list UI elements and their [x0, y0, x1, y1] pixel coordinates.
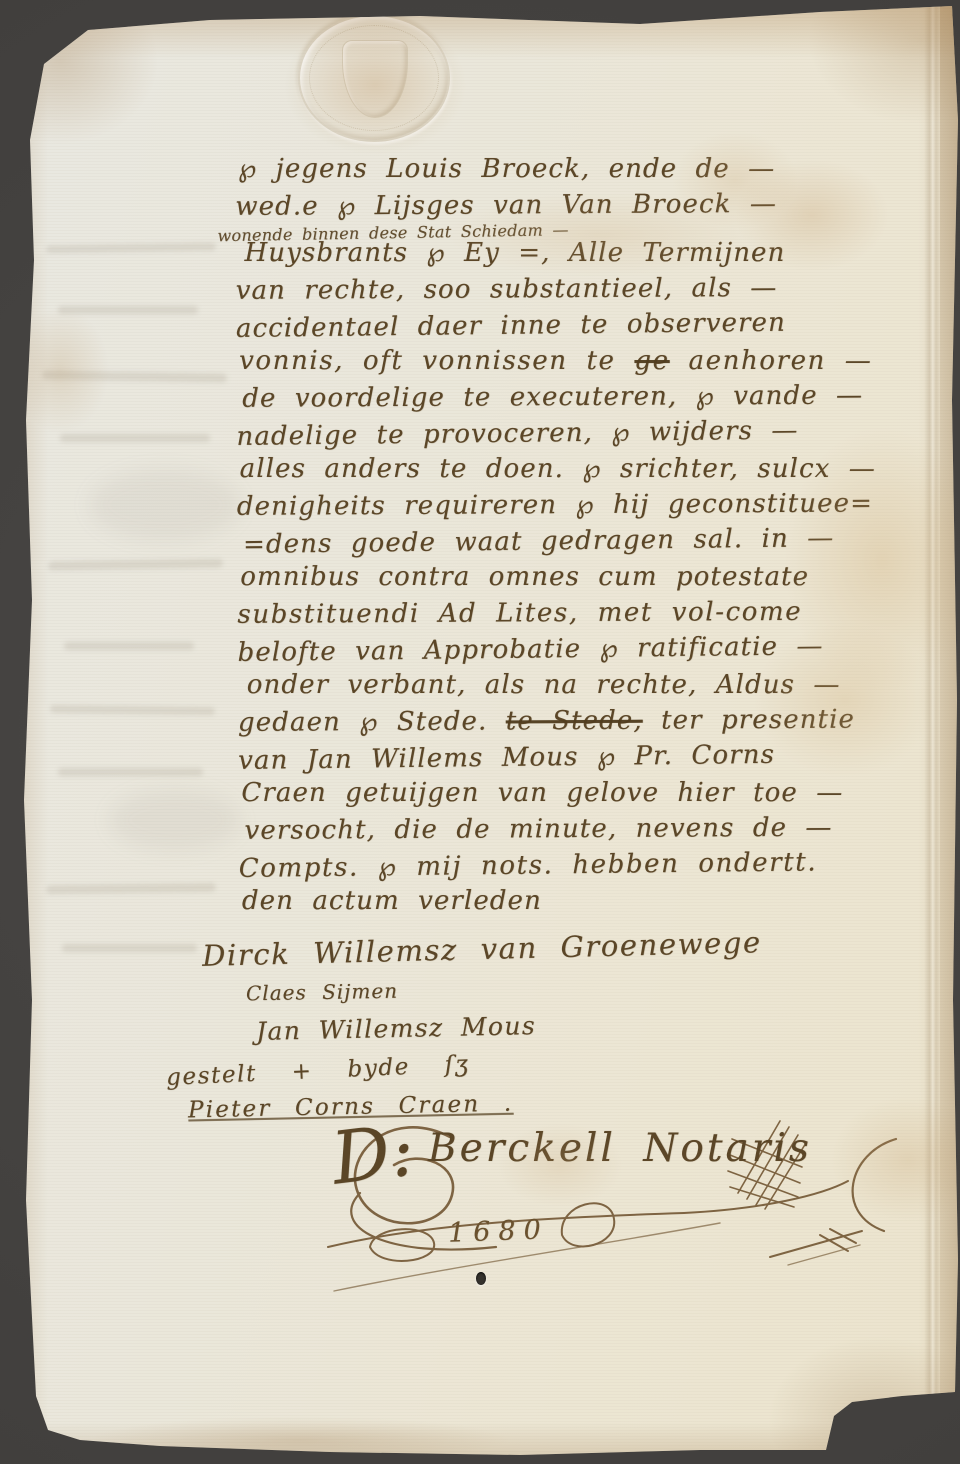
manuscript-line: Craen getuijgen van gelove hier toe — [241, 780, 931, 806]
manuscript-text: belofte van Approbatie ℘ ratificatie — [237, 631, 823, 668]
manuscript-text: versocht, die de minute, nevens de — [244, 813, 832, 846]
seal-ring [298, 14, 450, 142]
manuscript-line: Compts. ℘ mij nots. hebben ondertt. [239, 848, 929, 882]
manuscript-line: ℘ jegens Louis Broeck, ende de — [238, 156, 928, 182]
manuscript-text: de voordelige te executeren, ℘ vande — [242, 381, 863, 414]
manuscript-text: aenhoren — [670, 346, 873, 376]
notary-initial: D: [328, 1113, 418, 1194]
manuscript-text: onder verbant, als na rechte, Aldus — [247, 670, 841, 700]
manuscript-text: nadelige te provoceren, ℘ wijders — [236, 416, 798, 452]
manuscript-text: substituendi Ad Lites, met vol-come [237, 597, 802, 630]
manuscript-text: Craen getuijgen van gelove hier toe — [241, 778, 843, 808]
manuscript-text: van Jan Willems Mous ℘ Pr. Corns [238, 740, 775, 776]
manuscript-line: van Jan Willems Mous ℘ Pr. Corns [238, 740, 928, 774]
signature-dirck-willemsz-van-groenewege: Dirck Willemsz van Groenewege [202, 925, 762, 973]
notary-name: Berckell Notaris [428, 1126, 812, 1171]
shield-icon [342, 40, 408, 118]
manuscript-line: Huysbrants ℘ Ey =, Alle Termijnen [244, 240, 928, 266]
mark-note-gestelt-byde: gestelt + byde ſʒ [166, 1051, 470, 1091]
manuscript-text: omnibus contra omnes cum potestate [240, 562, 809, 592]
manuscript-text: vonnis, oft vonnissen te [239, 346, 634, 376]
manuscript-line: nadelige te provoceren, ℘ wijders — [236, 416, 926, 450]
manuscript-line: den actum verleden [242, 888, 932, 914]
manuscript-text: denigheits requireren ℘ hij geconstituee… [237, 488, 873, 521]
year-1680: 1680 [447, 1214, 549, 1248]
notary-signature: D:Berckell Notaris [332, 1118, 812, 1190]
manuscript-line: onder verbant, als na rechte, Aldus — [247, 672, 931, 698]
manuscript-line: gedaen ℘ Stede. te Stede, ter presentie [238, 706, 928, 736]
manuscript-line: =dens goede waat gedragen sal. in — [243, 524, 927, 558]
folded-edge-strip [940, 0, 960, 1464]
manuscript-text: ter presentie [643, 705, 855, 736]
manuscript-text: den actum verleden [242, 886, 542, 916]
paper-sheet: ℘ jegens Louis Broeck, ende de —wed.e ℘ … [0, 0, 960, 1464]
manuscript-line: alles anders te doen. ℘ srichter, sulcx … [240, 456, 930, 482]
signature-jan-willemsz-mous: Jan Willemsz Mous [256, 1011, 537, 1046]
paper-hole [476, 1272, 486, 1285]
manuscript-line: omnibus contra omnes cum potestate [240, 564, 930, 590]
struck-text: te Stede, [506, 706, 643, 737]
manuscript-text-block: ℘ jegens Louis Broeck, ende de —wed.e ℘ … [235, 154, 929, 926]
manuscript-line: versocht, die de minute, nevens de — [244, 814, 928, 844]
manuscript-text: accidentael daer inne te observeren [236, 308, 786, 344]
manuscript-text: van rechte, soo substantieel, als — [236, 273, 778, 306]
manuscript-line: wed.e ℘ Lijsges van Van Broeck — [235, 190, 925, 220]
manuscript-line: de voordelige te executeren, ℘ vande — [242, 382, 926, 412]
manuscript-line: denigheits requireren ℘ hij geconstituee… [237, 490, 927, 520]
manuscript-line: vonnis, oft vonnissen te ge aenhoren — [239, 348, 929, 374]
signature-claes-sijmen: Claes Sijmen [246, 979, 398, 1006]
manuscript-line: accidentael daer inne te observeren [236, 308, 926, 342]
struck-text: ge [634, 346, 669, 376]
manuscript-line: belofte van Approbatie ℘ ratificatie — [237, 632, 927, 666]
manuscript-text: wed.e ℘ Lijsges van Van Broeck — [235, 189, 777, 222]
manuscript-line: van rechte, soo substantieel, als — [236, 274, 926, 304]
manuscript-text: Huysbrants ℘ Ey =, Alle Termijnen [244, 238, 785, 268]
manuscript-line: substituendi Ad Lites, met vol-come [237, 598, 927, 628]
manuscript-text: Compts. ℘ mij nots. hebben ondertt. [239, 847, 818, 884]
manuscript-text: gedaen ℘ Stede. [238, 706, 506, 737]
scanned-document: ℘ jegens Louis Broeck, ende de —wed.e ℘ … [0, 0, 960, 1464]
manuscript-text: ℘ jegens Louis Broeck, ende de — [238, 154, 775, 184]
manuscript-text: =dens goede waat gedragen sal. in — [243, 523, 835, 560]
manuscript-text: alles anders te doen. ℘ srichter, sulcx … [240, 454, 876, 484]
blind-embossed-seal-icon [298, 14, 450, 142]
